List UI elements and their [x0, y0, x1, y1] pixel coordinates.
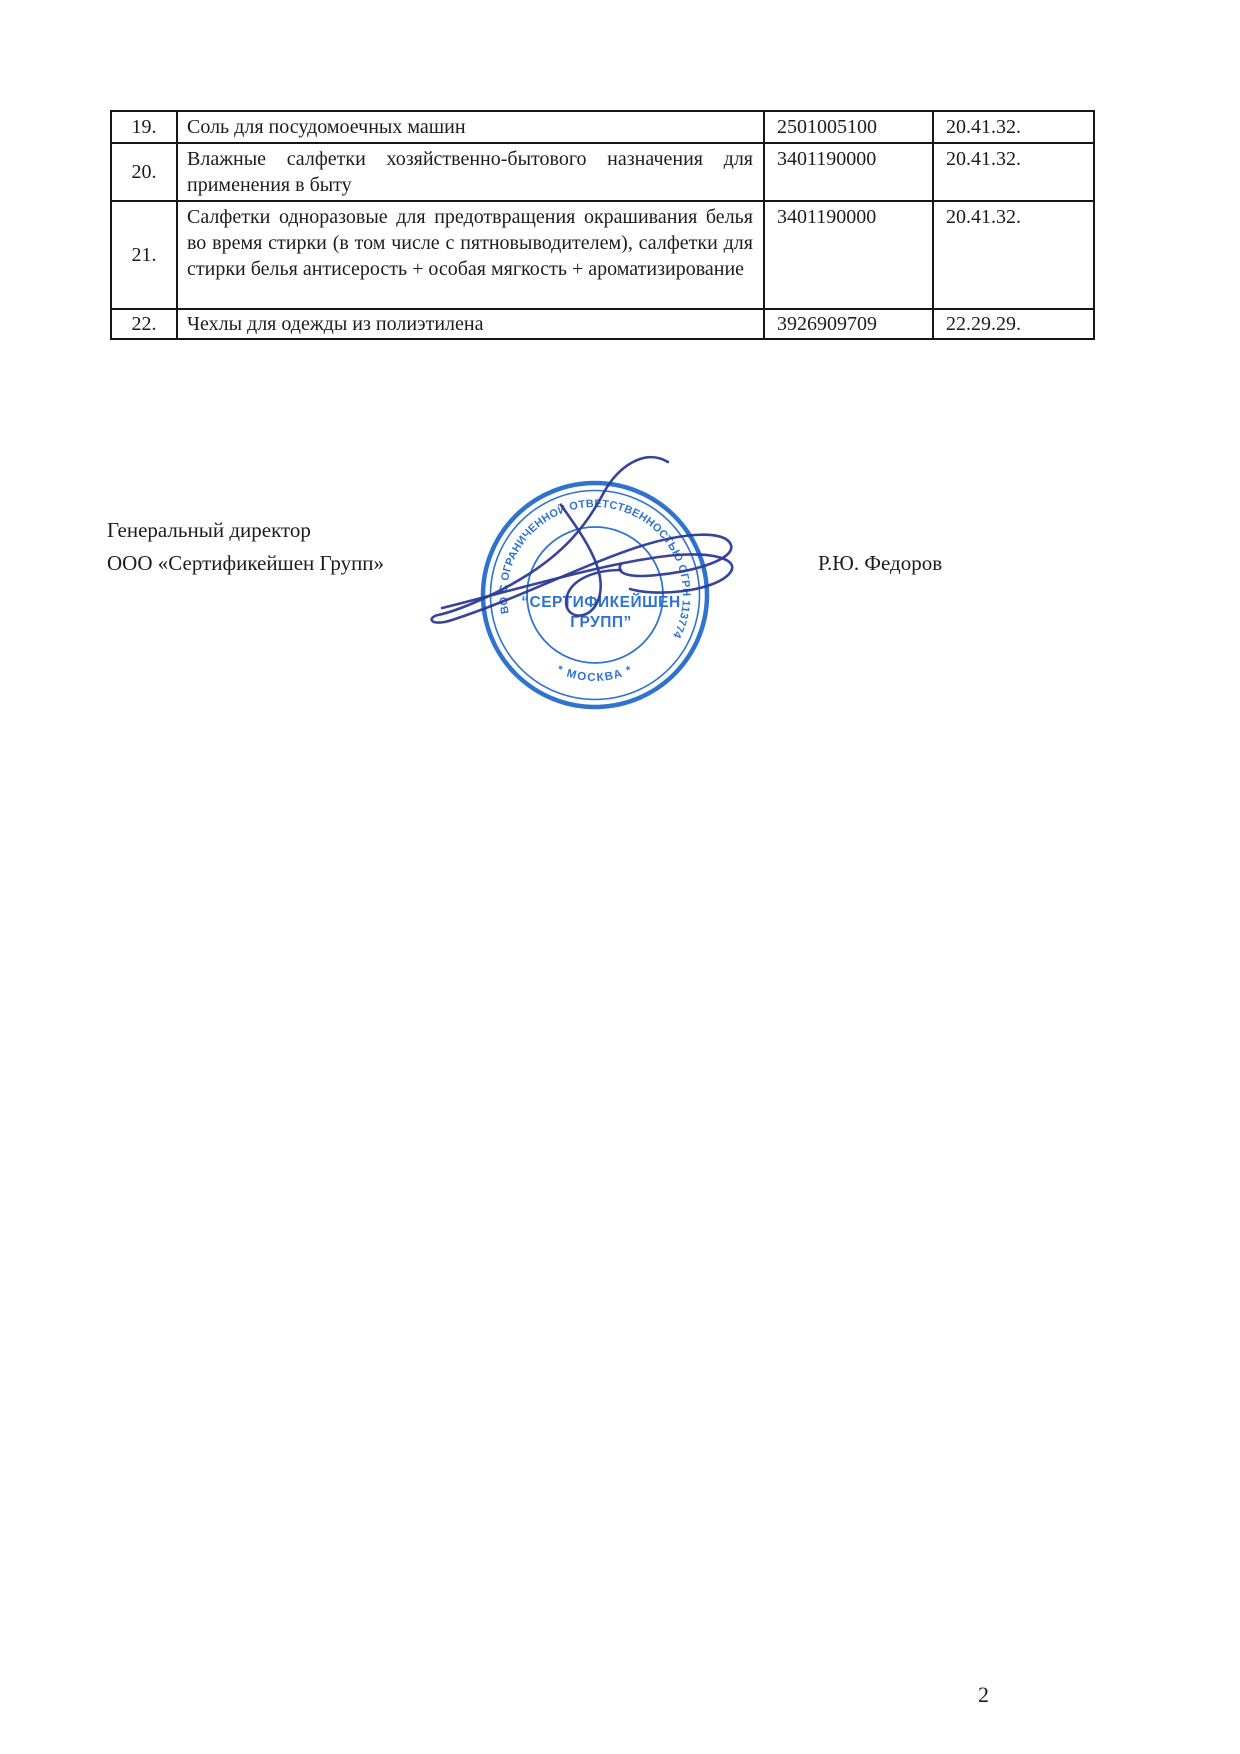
signature-block: Генеральный директор ООО «Сертификейшен …	[107, 514, 384, 580]
table-row: 19. Соль для посудомоечных машин 2501005…	[111, 111, 1094, 143]
products-table: 19. Соль для посудомоечных машин 2501005…	[110, 110, 1095, 340]
table-row: 21. Салфетки одноразовые для предотвраще…	[111, 201, 1094, 309]
product-description: Соль для посудомоечных машин	[177, 111, 764, 143]
row-number: 19.	[111, 111, 177, 143]
signer-name: Р.Ю. Федоров	[818, 551, 942, 576]
okpd-code: 20.41.32.	[933, 143, 1094, 201]
okpd-code: 22.29.29.	[933, 309, 1094, 339]
product-description: Чехлы для одежды из полиэтилена	[177, 309, 764, 339]
product-description: Салфетки одноразовые для предотвращения …	[177, 201, 764, 309]
okpd-code: 20.41.32.	[933, 111, 1094, 143]
tn-ved-code: 2501005100	[764, 111, 933, 143]
svg-text:* МОСКВА *: * МОСКВА *	[555, 664, 635, 684]
stamp-city-text: * МОСКВА *	[555, 664, 635, 684]
tn-ved-code: 3401190000	[764, 143, 933, 201]
table-row: 22. Чехлы для одежды из полиэтилена 3926…	[111, 309, 1094, 339]
row-number: 21.	[111, 201, 177, 309]
page-number: 2	[978, 1682, 989, 1708]
row-number: 20.	[111, 143, 177, 201]
tn-ved-code: 3926909709	[764, 309, 933, 339]
signer-position-line1: Генеральный директор	[107, 514, 384, 547]
okpd-code: 20.41.32.	[933, 201, 1094, 309]
product-description: Влажные салфетки хозяйственно-бытового н…	[177, 143, 764, 201]
row-number: 22.	[111, 309, 177, 339]
document-page: 19. Соль для посудомоечных машин 2501005…	[0, 0, 1240, 1754]
table-row: 20. Влажные салфетки хозяйственно-бытово…	[111, 143, 1094, 201]
signer-position-line2: ООО «Сертификейшен Групп»	[107, 547, 384, 580]
signature	[425, 448, 775, 648]
tn-ved-code: 3401190000	[764, 201, 933, 309]
